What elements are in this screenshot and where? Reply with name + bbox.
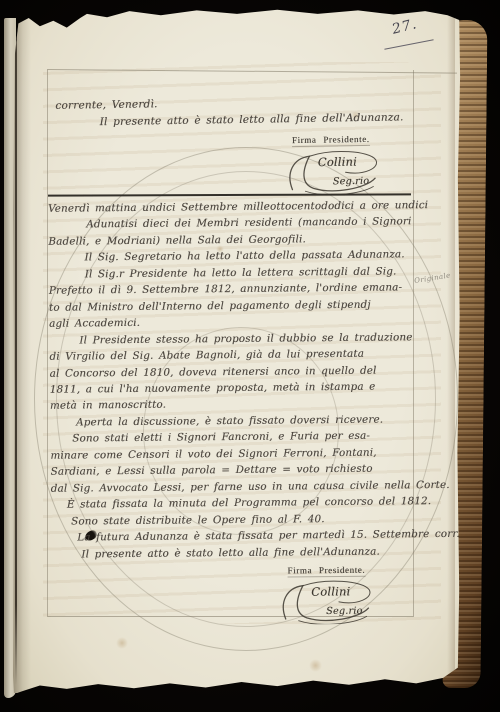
previous-entry: corrente, Venerdì. Il presente atto è st… (55, 92, 417, 199)
secretary-signature: Collini Seg.rio (278, 578, 380, 625)
main-entry: Venerdì mattina undici Settembre milleot… (48, 197, 416, 627)
page-number: 27. (390, 16, 418, 38)
svg-text:Collini: Collini (318, 155, 357, 170)
signature-caption: Firma Presidente. (292, 134, 370, 147)
secretary-signature: Collini Seg.rio (282, 148, 389, 196)
svg-text:Seg.rio: Seg.rio (333, 176, 370, 188)
gutter-fold-line (15, 17, 17, 685)
foxing-spot (116, 637, 128, 649)
svg-text:Seg.rio: Seg.rio (326, 606, 362, 617)
text-line: Il presente atto è stato letto alla fine… (99, 109, 415, 131)
text-line: È stata fissata la minuta del Programma … (67, 493, 415, 513)
svg-text:Collini: Collini (311, 585, 350, 599)
page-number-underline (384, 39, 433, 50)
foxing-spot (309, 659, 322, 672)
manuscript-page: 27. corrente, Venerdì. Il presente atto … (13, 7, 461, 693)
scanned-manuscript-photo: { "manuscript": { "page_number": "27.", … (0, 0, 500, 712)
text-line: Adunatisi dieci dei Membri residenti (ma… (86, 214, 412, 234)
text-line: Il presente atto è stato letto alla fine… (81, 543, 415, 563)
signature-caption: Firma Presidente. (287, 565, 365, 578)
